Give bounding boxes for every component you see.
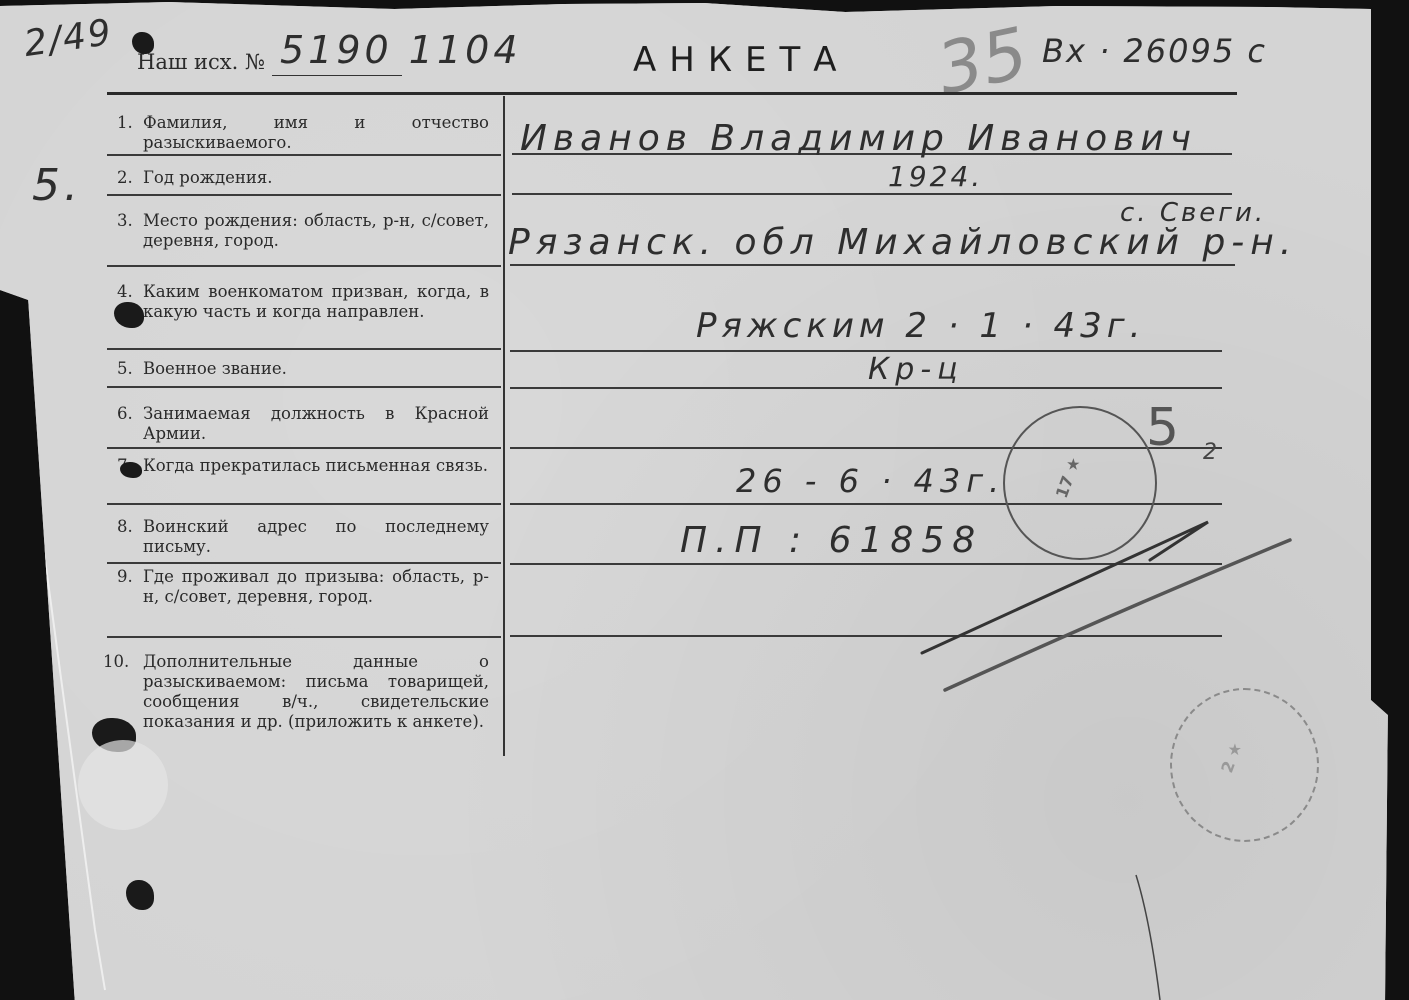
archive-document-card: 2/49 Наш исх. № 5190 1104 АНКЕТА 35 Вх ·… bbox=[0, 0, 1409, 1000]
paper-fold bbox=[0, 0, 1409, 1000]
